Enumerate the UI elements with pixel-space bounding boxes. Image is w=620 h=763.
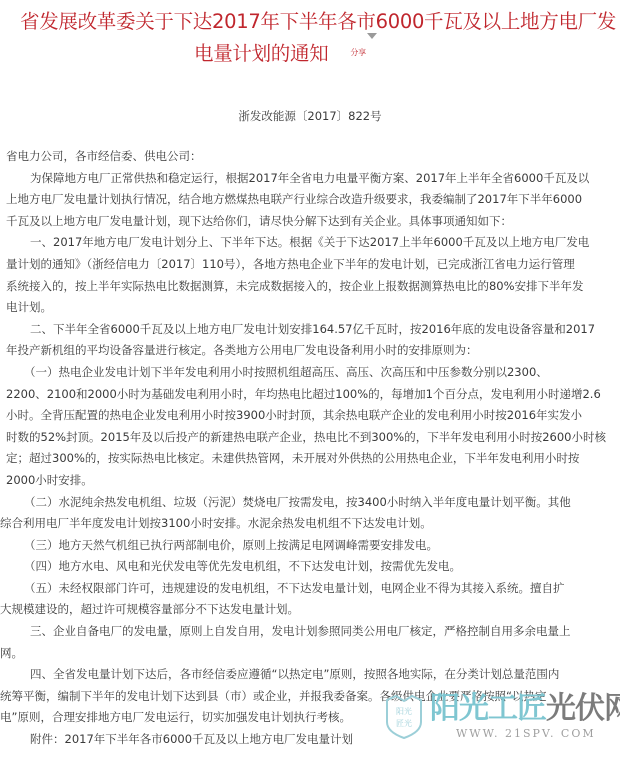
watermark-url: WWW. 21SPV. COM bbox=[456, 727, 596, 740]
share-button[interactable]: 分享 bbox=[350, 37, 376, 69]
document-title: 省发展改革委关于下达2017年下半年各市6000千瓦及以上地方电厂发 电量计划的… bbox=[0, 6, 620, 71]
paragraph-line: 千瓦及以上地方电厂发电量计划，现下达给你们，请尽快分解下达到有关企业。具体事项通… bbox=[6, 211, 576, 233]
section-3-line: 网。 bbox=[0, 643, 576, 665]
subsection-1-line: 时数的52%封顶。2015年及以后投产的新建热电联产企业，热电比不到300%的，… bbox=[6, 427, 576, 449]
paragraph-line: 为保障地方电厂正常供热和稳定运行，根据2017年全省电力电量平衡方案、2017年… bbox=[6, 168, 576, 190]
section-1-line: 一、2017年地方电厂发电计划分上、下半年下达。根据《关于下达2017上半年60… bbox=[6, 232, 576, 254]
section-1-line: 系统接入的，按上半年实际热电比数据测算，未完成数据接入的，按企业上报数据测算热电… bbox=[6, 276, 576, 298]
document-body: 省电力公司，各市经信委、供电公司： 为保障地方电厂正常供热和稳定运行，根据201… bbox=[6, 146, 576, 751]
dropdown-arrow-icon[interactable] bbox=[367, 33, 377, 39]
subsection-2-line: 综合利用电厂半年度发电计划按3100小时安排。水泥余热发电机组不下达发电计划。 bbox=[0, 513, 576, 535]
subsection-4-line: （四）地方水电、风电和光伏发电等优先发电机组，不下达发电计划，按需优先发电。 bbox=[6, 556, 576, 578]
subsection-3-line: （三）地方天然气机组已执行两部制电价，原则上按满足电网调峰需要安排发电。 bbox=[6, 535, 576, 557]
section-2-line: 二、下半年全省6000千瓦及以上地方电厂发电计划安排164.57亿千瓦时，按20… bbox=[6, 319, 576, 341]
svg-text:匠光: 匠光 bbox=[396, 718, 412, 728]
subsection-2-line: （二）水泥纯余热发电机组、垃圾（污泥）焚烧电厂按需发电，按3400小时纳入半年度… bbox=[6, 492, 576, 514]
section-1-line: 电计划。 bbox=[6, 297, 576, 319]
site-watermark: 阳光 匠光 阳光工匠光伏网 WWW. 21SPV. COM bbox=[384, 692, 620, 752]
salutation: 省电力公司，各市经信委、供电公司： bbox=[6, 146, 576, 168]
subsection-5-line: （五）未经权限部门许可，违规建设的发电机组，不下达发电量计划，电网企业不得为其接… bbox=[6, 578, 576, 600]
watermark-brand-dark: 光伏网 bbox=[546, 691, 620, 726]
subsection-5-line: 大规模建设的，超过许可规模容量部分不下达发电量计划。 bbox=[0, 599, 576, 621]
subsection-1-line: 2000小时安排。 bbox=[6, 470, 576, 492]
paragraph-line: 上地方电厂发电量计划执行情况，结合地方燃煤热电联产行业综合改造升级要求，我委编制… bbox=[6, 189, 576, 211]
title-line-2-text: 电量计划的通知 bbox=[194, 42, 328, 65]
svg-text:阳光: 阳光 bbox=[396, 706, 412, 716]
document-number: 浙发改能源〔2017〕822号 bbox=[0, 108, 620, 124]
subsection-1-line: 小时。全背压配置的热电企业发电利用小时按3900小时封顶，其余热电联产企业的发电… bbox=[6, 405, 576, 427]
watermark-brand-light: 阳光工匠 bbox=[430, 691, 546, 726]
subsection-1-line: 2200、2100和2000小时为基础发电利用小时，年均热电比超过100%的，每… bbox=[6, 384, 576, 406]
share-label: 分享 bbox=[350, 48, 365, 57]
section-1-line: 量计划的通知》（浙经信电力〔2017〕110号），各地方热电企业下半年的发电计划… bbox=[6, 254, 576, 276]
section-3-line: 三、企业自备电厂的发电量，原则上自发自用，发电计划参照同类公用电厂核定，严格控制… bbox=[6, 621, 576, 643]
watermark-brand: 阳光工匠光伏网 bbox=[430, 692, 620, 726]
subsection-1-line: （一）热电企业发电计划下半年发电利用小时按照机组超高压、高压、次高压和中压参数分… bbox=[6, 362, 576, 384]
section-4-line: 四、全省发电量计划下达后，各市经信委应遵循“以热定电”原则，按照各地实际，在分类… bbox=[6, 664, 576, 686]
section-2-line: 年投产新机组的平均设备容量进行核定。各类地方公用电厂发电设备利用小时的安排原则为… bbox=[6, 340, 576, 362]
shield-logo-icon: 阳光 匠光 bbox=[384, 694, 424, 740]
subsection-1-line: 定；超过300%的，按实际热电比核定。未建供热管网，未开展对外供热的公用热电企业… bbox=[6, 448, 576, 470]
title-line-2: 电量计划的通知分享 bbox=[0, 38, 620, 71]
title-line-1: 省发展改革委关于下达2017年下半年各市6000千瓦及以上地方电厂发 bbox=[0, 6, 620, 38]
